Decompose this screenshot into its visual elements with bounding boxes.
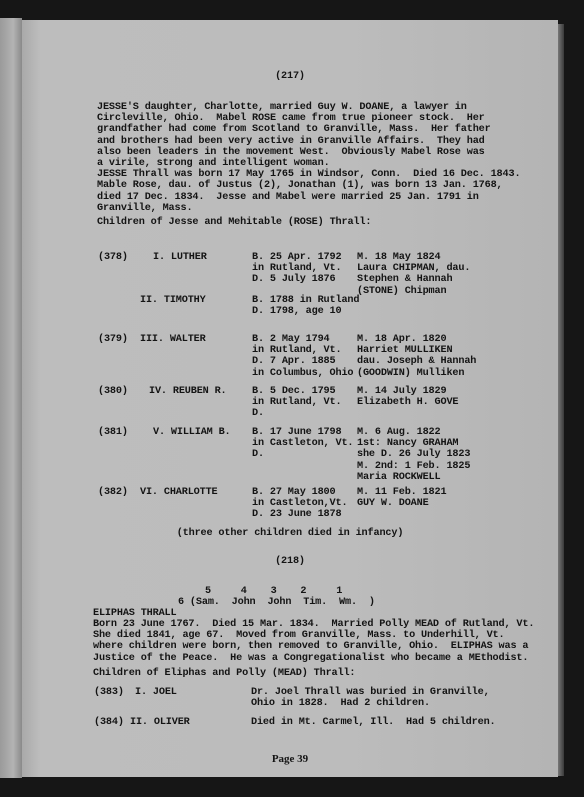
child-number: (378) [98,252,128,263]
child-number: (383) [94,687,124,698]
paragraph-line: Mable Rose, dau. of Justus (2), Jonathan… [97,180,520,191]
marriage-line: (STONE) Chipman [357,286,470,297]
marriage-line: M. 18 Apr. 1820 [357,334,476,345]
child-birth-death: B. 2 May 1794in Rutland, Vt.D. 7 Apr. 18… [252,334,353,379]
generation-line: 6 (Sam. John John Tim. Wm. ) [178,597,375,608]
child-name: III. WALTER [140,334,206,345]
birth-line: D. [252,408,341,419]
birth-line: B. 1788 in Rutland [252,295,359,306]
birth-line: D. 5 July 1876 [252,274,341,285]
eliphas-name: ELIPHAS THRALL [93,608,177,619]
child-name: VI. CHARLOTTE [140,487,218,498]
marriage-line: dau. Joseph & Hannah [357,356,476,367]
child-number: (379) [98,334,128,345]
paragraph-line: Born 23 June 1767. Died 15 Mar. 1834. Ma… [93,619,534,630]
note-line: Dr. Joel Thrall was buried in Granville, [251,687,490,698]
birth-line: B. 17 June 1798 [252,427,353,438]
birth-line: D. [252,449,353,460]
page-footer: Page 39 [22,753,558,765]
birth-line: D. 23 June 1878 [252,509,347,520]
birth-line: B. 25 Apr. 1792 [252,252,341,263]
binding-margin [0,18,22,778]
page-header-217: (217) [22,71,558,82]
marriage-line: Stephen & Hannah [357,274,470,285]
child-marriage: M. 14 July 1829Elizabeth H. GOVE [357,386,458,408]
birth-line: D. 7 Apr. 1885 [252,356,353,367]
marriage-line: GUY W. DOANE [357,498,446,509]
child-name: IV. REUBEN R. [149,386,227,397]
infancy-note: (three other children died in infancy) [22,528,558,539]
child-number: (384) [94,717,124,728]
document-page: (217) JESSE'S daughter, Charlotte, marri… [22,20,558,777]
child-birth-death: B. 5 Dec. 1795in Rutland, Vt.D. [252,386,341,420]
birth-line: D. 1798, age 10 [252,306,359,317]
marriage-line: Elizabeth H. GOVE [357,397,458,408]
child-marriage: M. 18 Apr. 1820Harriet MULLIKENdau. Jose… [357,334,476,379]
birth-line: B. 5 Dec. 1795 [252,386,341,397]
child-birth-death: B. 27 May 1800in Castleton,Vt.D. 23 June… [252,487,347,521]
children-heading-jesse: Children of Jesse and Mehitable (ROSE) T… [97,217,371,228]
birth-line: in Rutland, Vt. [252,345,353,356]
child-birth-death: B. 17 June 1798in Castleton, Vt.D. [252,427,353,461]
paragraph-line: died 17 Dec. 1834. Jesse and Mabel were … [97,192,520,203]
note-line: Died in Mt. Carmel, Ill. Had 5 children. [251,717,496,728]
marriage-line: Maria ROCKWELL [357,472,470,483]
paragraph-line: also been leaders in the movement West. … [97,147,520,158]
paragraph-line: JESSE'S daughter, Charlotte, married Guy… [97,102,520,113]
marriage-line: she D. 26 July 1823 [357,449,470,460]
child-name: II. OLIVER [130,717,190,728]
child-name: II. TIMOTHY [140,295,206,306]
paragraph-line: where children were born, then removed t… [93,641,534,652]
paragraph-line: and brothers had been very active in Gra… [97,136,520,147]
child-number: (382) [98,487,128,498]
birth-line: in Castleton, Vt. [252,438,353,449]
birth-line: B. 27 May 1800 [252,487,347,498]
child-name: I. JOEL [135,687,177,698]
child-number: (381) [98,427,128,438]
child-birth-death: B. 1788 in RutlandD. 1798, age 10 [252,295,359,317]
child-marriage: M. 11 Feb. 1821GUY W. DOANE [357,487,446,509]
marriage-line: M. 14 July 1829 [357,386,458,397]
birth-line: in Rutland, Vt. [252,397,341,408]
child-note: Dr. Joel Thrall was buried in Granville,… [251,687,490,709]
child-birth-death: B. 25 Apr. 1792in Rutland, Vt.D. 5 July … [252,252,341,286]
child-name: I. LUTHER [153,252,207,263]
children-heading-eliphas: Children of Eliphas and Polly (MEAD) Thr… [93,668,355,679]
generation-numbers: 5 4 3 2 1 [205,586,342,597]
eliphas-paragraph: Born 23 June 1767. Died 15 Mar. 1834. Ma… [93,619,534,664]
child-marriage: M. 18 May 1824Laura CHIPMAN, dau.Stephen… [357,252,470,297]
child-marriage: M. 6 Aug. 18221st: Nancy GRAHAMshe D. 26… [357,427,470,483]
marriage-line: M. 6 Aug. 1822 [357,427,470,438]
paragraph-line: a virile, strong and intelligent woman. [97,158,520,169]
paragraph-line: Justice of the Peace. He was a Congregat… [93,653,534,664]
marriage-line: M. 2nd: 1 Feb. 1825 [357,461,470,472]
paragraph-line: Circleville, Ohio. Mabel ROSE came from … [97,113,520,124]
marriage-line: 1st: Nancy GRAHAM [357,438,470,449]
child-number: (380) [98,386,128,397]
note-line: Ohio in 1828. Had 2 children. [251,698,490,709]
marriage-line: M. 11 Feb. 1821 [357,487,446,498]
page-header-218: (218) [22,556,558,567]
paragraph-line: grandfather had come from Scotland to Gr… [97,124,520,135]
marriage-line: Harriet MULLIKEN [357,345,476,356]
birth-line: in Rutland, Vt. [252,263,341,274]
paragraph-line: She died 1841, age 67. Moved from Granvi… [93,630,534,641]
birth-line: in Columbus, Ohio [252,368,353,379]
child-note: Died in Mt. Carmel, Ill. Had 5 children. [251,717,496,728]
marriage-line: M. 18 May 1824 [357,252,470,263]
birth-line: B. 2 May 1794 [252,334,353,345]
paragraph-line: JESSE Thrall was born 17 May 1765 in Win… [97,169,520,180]
marriage-line: Laura CHIPMAN, dau. [357,263,470,274]
intro-paragraph: JESSE'S daughter, Charlotte, married Guy… [97,102,520,214]
paragraph-line: Granville, Mass. [97,203,520,214]
marriage-line: (GOODWIN) Mulliken [357,368,476,379]
page-edge [558,24,564,776]
child-name: V. WILLIAM B. [153,427,231,438]
birth-line: in Castleton,Vt. [252,498,347,509]
